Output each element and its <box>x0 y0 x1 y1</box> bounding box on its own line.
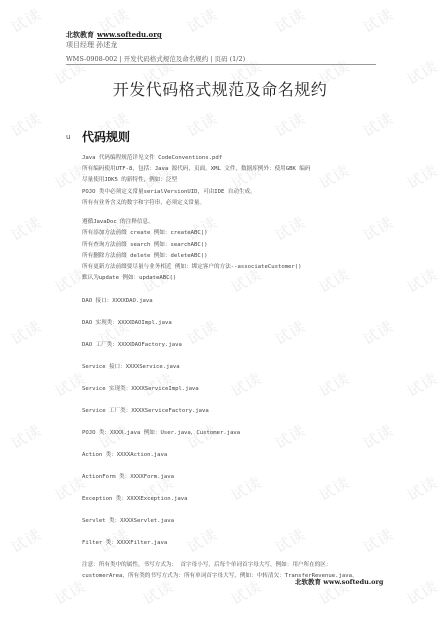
body-line: Exception 类：XXXXException.java <box>82 494 187 502</box>
bullet-icon: u <box>66 133 70 141</box>
footer-brand: 北软教育 www.softedu.org <box>295 577 383 586</box>
body-line: 尽量使用JDK5 的新特性，例如：泛型 <box>82 175 177 183</box>
section-heading: 代码规则 <box>82 128 130 145</box>
body-line: Service 工厂类：XXXXServiceFactory.java <box>82 406 209 414</box>
body-line: DAO 接口：XXXXDAO.java <box>82 296 153 304</box>
body-line: Servlet 类：XXXXServlet.java <box>82 516 174 524</box>
brand-name: 北软教育 <box>66 30 94 39</box>
body-line: POJO 类：XXXX.java 例如：User.java，Customer.j… <box>82 428 240 436</box>
body-line: 所有查询方法前缀 search 例如：searchABC() <box>82 240 208 248</box>
page-title: 开发代码格式规范及命名规约 <box>0 77 440 100</box>
body-line: Action 类：XXXXAction.java <box>82 450 167 458</box>
body-line: 所有有业务含义的数字和字符串，必须定义常量。 <box>82 198 205 206</box>
header-divider <box>66 64 376 65</box>
body-line: 所有更新方法前缀要尽量与业务相近 例如：绑定客户的方法--associateCu… <box>82 262 302 270</box>
body-line: 注意：所有类中的属性，书写方式为： 首字母小写，后每个单词首字母大写，例如：用户… <box>82 560 332 568</box>
body-line: DAO 实现类：XXXXDAOImpl.java <box>82 318 172 326</box>
brand-url-link[interactable]: www.softedu.org <box>97 30 162 39</box>
body-line: Java 代码编程规范详见文件 CodeConventions.pdf <box>82 153 222 161</box>
document-info: WMS-0908-002 | 开发代码格式规范及命名规约 | 页码 (1/2) <box>66 54 245 63</box>
body-line: 所有删除方法前缀 delete 例如：deleteABC() <box>82 251 208 259</box>
document-page: 北软教育www.softedu.org 项目经理 孙述龙 WMS-0908-00… <box>0 0 440 620</box>
body-line: 遵循JavaDoc 的注释信息。 <box>82 217 154 225</box>
body-line: 所有编码使用UTF-8，包括：Java 源代码，页面，XML 文件，数据库例外：… <box>82 164 310 172</box>
body-line: POJO 类中必须定义常量serialVersionUID，可由IDE 自动生成… <box>82 187 256 195</box>
body-line: 默认为update 例如：updateABC() <box>82 273 176 281</box>
project-manager: 项目经理 孙述龙 <box>66 40 117 50</box>
body-line: DAO 工厂类：XXXXDAOFactory.java <box>82 340 182 348</box>
body-line: Service 实现类：XXXXServiceImpl.java <box>82 384 199 392</box>
body-line: ActionForm 类：XXXXForm.java <box>82 472 174 480</box>
body-line: 所有添加方法前缀 create 例如：createABC() <box>82 228 208 236</box>
header-brand: 北软教育www.softedu.org <box>66 30 162 40</box>
body-line: Filter 类：XXXXFilter.java <box>82 538 167 546</box>
body-line: Service 接口：XXXXService.java <box>82 362 180 370</box>
